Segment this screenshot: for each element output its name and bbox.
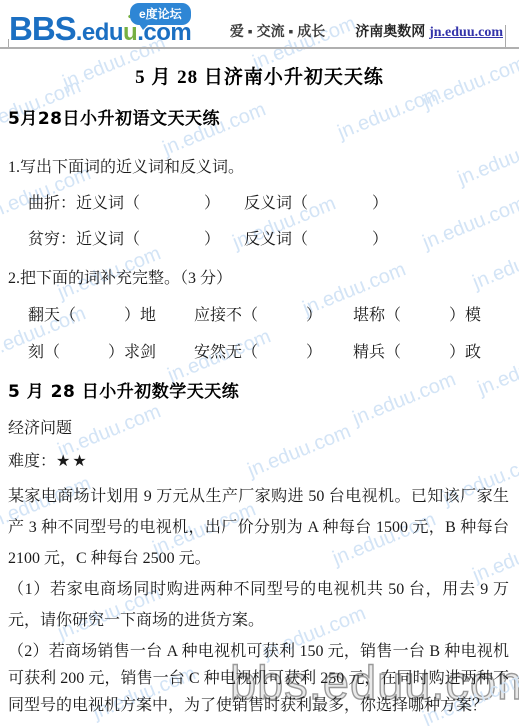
difficulty-line: 难度：★★: [8, 448, 509, 471]
page-title: 5 月 28 日济南小升初天天练: [0, 62, 519, 89]
math-problem-part1: （1）若家电商场同时购进两种不同型号的电视机共 50 台，用去 9 万元，请你研…: [8, 574, 509, 636]
site-name: 济南奥数网: [355, 23, 425, 39]
tagline-slogan: 爱 ▪ 交流 ▪ 成长: [230, 23, 325, 39]
fill-blank-cell: 精兵（ ）政: [353, 344, 481, 361]
difficulty-stars: ★★: [56, 453, 89, 470]
chinese-section-heading: 5月28日小升初语文天天练: [8, 104, 509, 129]
math-topic: 经济问题: [8, 415, 509, 438]
difficulty-label: 难度：: [8, 453, 56, 470]
forum-badge[interactable]: e度论坛: [130, 3, 191, 25]
fill-blank-row: 翻天（ ）地 应接不（ ） 堪称（ ）模: [8, 302, 509, 325]
question-1-prompt: 1.写出下面词的近义词和反义词。: [8, 154, 509, 177]
fill-blank-row: 刻（ ）求剑 安然无（ ） 精兵（ ）政: [8, 339, 509, 362]
header-right-tick: [505, 25, 506, 47]
math-problem-part2: （2）若商场销售一台 A 种电视机可获利 150 元，销售一台 B 种电视机可获…: [8, 638, 509, 719]
question-2-prompt: 2.把下面的词补充完整。（3 分）: [8, 265, 509, 288]
math-problem-text: 某家电商场计划用 9 万元从生产厂家购进 50 台电视机。已知该厂家生产 3 种…: [8, 481, 509, 574]
fill-blank-cell: 堪称（ ）模: [353, 307, 481, 324]
site-link[interactable]: jn.eduu.com: [429, 25, 503, 40]
logo-bbs-text: BBS: [9, 10, 76, 47]
synonym-antonym-row: 贫穷：近义词（ ） 反义词（ ）: [8, 226, 509, 249]
worksheet-content: 5月28日小升初语文天天练 1.写出下面词的近义词和反义词。 曲折：近义词（ ）…: [0, 104, 519, 719]
fill-blank-cell: 安然无（ ）: [194, 339, 349, 362]
fill-blank-cell: 翻天（ ）地: [28, 302, 190, 325]
math-section-heading: 5 月 28 日小升初数学天天练: [8, 377, 509, 402]
logo-edu-text: .edu: [76, 19, 123, 46]
header-left-tick: [8, 39, 9, 47]
fill-blank-cell: 应接不（ ）: [194, 302, 349, 325]
site-header: BBS.eduu.com e度论坛 爱 ▪ 交流 ▪ 成长 济南奥数网 jn.e…: [0, 0, 519, 49]
fill-blank-cell: 刻（ ）求剑: [28, 339, 190, 362]
header-tagline: 爱 ▪ 交流 ▪ 成长 济南奥数网 jn.eduu.com: [230, 21, 503, 41]
synonym-antonym-row: 曲折：近义词（ ） 反义词（ ）: [8, 190, 509, 213]
